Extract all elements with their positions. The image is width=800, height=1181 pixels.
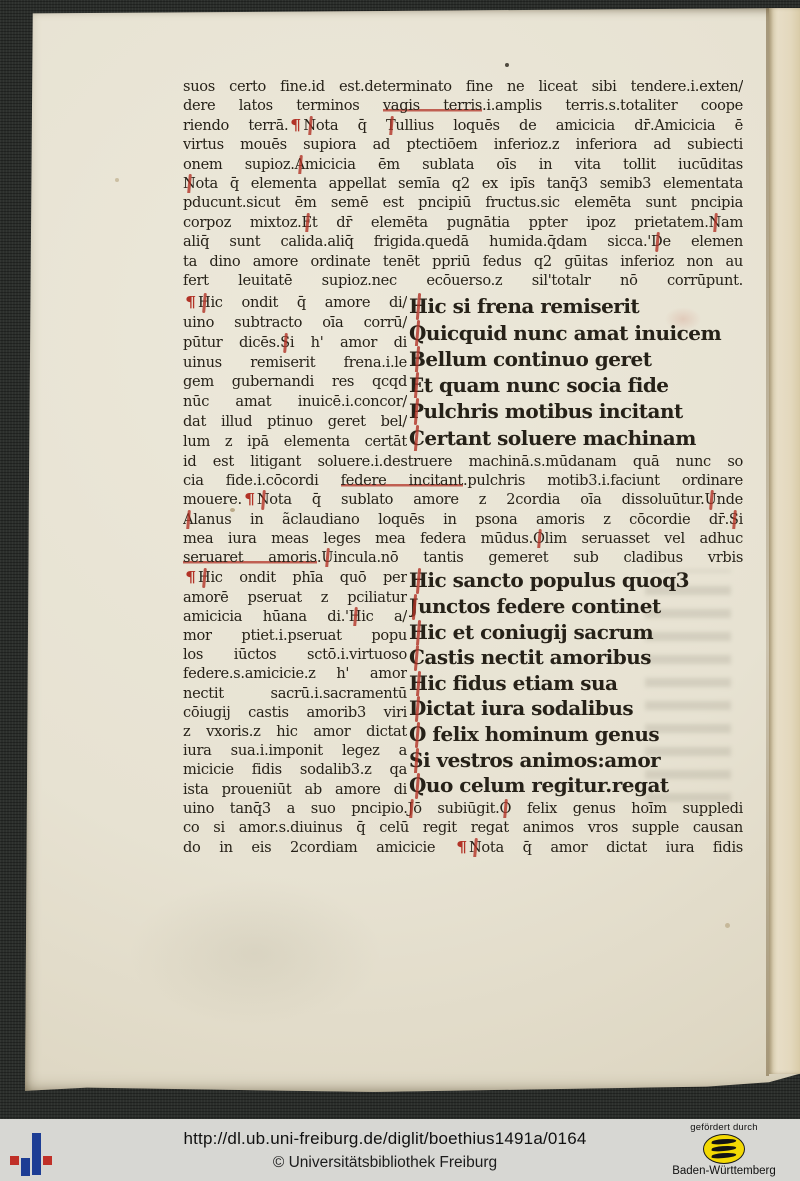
rubricated-initial: H	[409, 671, 427, 697]
document-url: http://dl.ub.uni-freiburg.de/diglit/boet…	[120, 1129, 650, 1149]
text-line: lum z ipā elementa certāt	[183, 432, 407, 452]
text-line: amicicia hūana di.'Hic a/	[183, 607, 407, 626]
text-line: Hic si frena remiserit	[409, 293, 743, 319]
foxing-spot	[115, 178, 119, 182]
text-line: virtus mouēs supiora ad ptectiōem inferi…	[183, 135, 743, 154]
text-line: nūc amat inuicē.i.concor/	[183, 392, 407, 412]
book-fore-edge	[769, 8, 800, 1074]
rubricated-initial: J	[409, 594, 418, 620]
rubricated-initial: U	[321, 548, 333, 567]
red-underline: federe incitant	[341, 472, 463, 489]
red-underline: seruaret amoris	[183, 549, 317, 566]
text-line: seruaret amoris.Uincula.nō tantis gemere…	[183, 548, 743, 567]
rubricated-initial: J	[408, 799, 414, 819]
text-line: micicie fidis sodalib3.z qa	[183, 760, 407, 779]
rubricated-initial: H	[409, 293, 427, 319]
verse-column: Hic si frena remiseritQuicquid nunc amat…	[407, 293, 743, 451]
text-line: corpoz mixtoz.Et dr̄ elemēta pugnātia pp…	[183, 213, 743, 232]
text-line: dat illud ptinuo geret bel/	[183, 412, 407, 432]
rubricated-initial: H	[349, 607, 361, 626]
rubricated-initial: H	[409, 568, 427, 594]
paper-shading	[75, 848, 435, 1058]
mixed-section-1: ¶Hic ondit q̄ amore di/uino subtracto oī…	[183, 293, 743, 451]
text-line: pducunt.sicut ēm semē est pncipiū fructu…	[183, 193, 743, 212]
caption-block: http://dl.ub.uni-freiburg.de/diglit/boet…	[120, 1119, 650, 1172]
rubricated-initial: D	[409, 696, 426, 722]
text-line: Hic et coniugij sacrum	[409, 620, 743, 646]
rubricated-initial: O	[533, 529, 545, 548]
text-line: riendo terrā.¶Nota q̄ Tullius loquēs de …	[183, 116, 743, 135]
rubricated-initial: N	[257, 490, 269, 509]
rubricated-initial: D	[651, 232, 662, 251]
text-line: Castis nectit amoribus	[409, 645, 743, 671]
rubricated-initial: H	[409, 620, 427, 646]
text-line: mor ptiet.i.pseruat popu	[183, 626, 407, 645]
logo-blue-bar	[21, 1158, 30, 1176]
logo-red-square	[43, 1156, 52, 1165]
verse-column: Hic sancto populus quoq3Junctos federe c…	[407, 568, 743, 798]
text-line: Quicquid nunc amat inuicem	[409, 320, 743, 346]
rubricated-initial: C	[409, 425, 424, 451]
text-line: Et quam nunc socia fide	[409, 372, 743, 398]
text-line: z vxoris.z hic amor dictat	[183, 722, 407, 741]
text-line: Si vestros animos:amor	[409, 748, 743, 774]
logo-blue-bar-tall	[32, 1133, 41, 1175]
text-line: fert leuitatē supioz.nec ecōuerso.z sil'…	[183, 271, 743, 290]
red-underline: vagis terris	[383, 97, 482, 114]
text-line: Alanus in ãclaudiano loquēs in psona amo…	[183, 510, 743, 529]
text-line: Bellum continuo geret	[409, 346, 743, 372]
rubricated-initial: N	[183, 174, 195, 193]
text-line: Hic sancto populus quoq3	[409, 568, 743, 594]
rubricated-initial: C	[409, 645, 424, 671]
rubricated-initial: H	[198, 568, 210, 587]
foxing-spot	[725, 923, 730, 928]
text-line: amorē pseruat z pciliatur	[183, 588, 407, 607]
text-line: id est litigant soluere.i.destruere mach…	[183, 452, 743, 471]
text-line: cia fide.i.cōcordi federe incitant.pulch…	[183, 471, 743, 490]
rubricated-initial: B	[409, 346, 425, 372]
lion-figure	[711, 1145, 737, 1151]
rubricated-initial: Q	[409, 773, 426, 799]
funder-label: gefördert durch	[662, 1122, 786, 1133]
text-line: uino tanq̄3 a suo pncipio.Jō subiūgit.O …	[183, 799, 743, 819]
baden-wuerttemberg-coat-of-arms-icon	[703, 1134, 745, 1164]
paper-speck	[505, 63, 509, 67]
text-line: uino subtracto oīa corrū/	[183, 313, 407, 333]
lion-figure	[711, 1152, 737, 1158]
commentary-section-2: id est litigant soluere.i.destruere mach…	[183, 452, 743, 568]
text-line: ¶Hic ondit phīa quō per	[183, 568, 407, 587]
text-line: Quo celum regitur.regat	[409, 773, 743, 799]
text-line: uinus remiserit frena.i.le	[183, 353, 407, 373]
rubricated-initial: O	[409, 722, 426, 748]
viewer-footer-bar: http://dl.ub.uni-freiburg.de/diglit/boet…	[0, 1119, 800, 1181]
text-line: Hic fidus etiam sua	[409, 671, 743, 697]
text-line: iura sua.i.imponit legez a	[183, 741, 407, 760]
commentary-column: ¶Hic ondit phīa quō peramorē pseruat z p…	[183, 568, 407, 798]
text-line: suos certo fine.id est.determinato fine …	[183, 77, 743, 96]
text-line: cōiugij castis amorib3 viri	[183, 703, 407, 722]
university-library-logo-icon	[10, 1131, 55, 1177]
mixed-section-2: ¶Hic ondit phīa quō peramorē pseruat z p…	[183, 568, 743, 798]
copyright-notice: © Universitätsbibliothek Freiburg	[120, 1154, 650, 1172]
rubricated-initial: E	[409, 372, 424, 398]
rubricated-initial: E	[301, 213, 311, 232]
printed-text-block: suos certo fine.id est.determinato fine …	[183, 77, 743, 857]
text-line: Junctos federe continet	[409, 594, 743, 620]
text-line: nectit sacrū.i.sacramentū	[183, 684, 407, 703]
funder-name: Baden-Württemberg	[662, 1165, 786, 1177]
text-line: onem supioz.Amicicia ēm sublata oīs in v…	[183, 155, 743, 174]
page-fold-crease	[766, 8, 769, 1076]
text-line: ista proueniūt ab amore di	[183, 780, 407, 799]
text-line: pūtur dicēs.Si h' amor di	[183, 333, 407, 353]
text-line: O felix hominum genus	[409, 722, 743, 748]
text-line: Pulchris motibus incitant	[409, 398, 743, 424]
text-line: ta dino amore ordinate tenēt ppriū fedus…	[183, 252, 743, 271]
text-line: Certant soluere machinam	[409, 425, 743, 451]
manuscript-page: suos certo fine.id est.determinato fine …	[25, 8, 800, 1092]
rubricated-initial: N	[469, 838, 481, 858]
rubricated-initial: T	[386, 116, 395, 135]
paraph-mark: ¶	[452, 838, 470, 858]
text-line: federe.s.amicicie.z h' amor	[183, 664, 407, 683]
text-line: gem gubernandi res qcqd	[183, 372, 407, 392]
text-line: mouere.¶Nota q̄ sublato amore z 2cordia …	[183, 490, 743, 509]
rubricated-initial: A	[295, 155, 305, 174]
logo-red-square	[10, 1156, 19, 1165]
text-line: mea iura meas leges mea federa mūdus.Oli…	[183, 529, 743, 548]
commentary-section-3: uino tanq̄3 a suo pncipio.Jō subiūgit.O …	[183, 799, 743, 858]
text-line: dere latos terminos vagis terris.i.ampli…	[183, 96, 743, 115]
text-line: ¶Hic ondit q̄ amore di/	[183, 293, 407, 313]
text-line: los iūctos sctō.i.virtuoso	[183, 645, 407, 664]
rubricated-initial: N	[709, 213, 721, 232]
rubricated-initial: S	[280, 333, 290, 353]
commentary-section-1: suos certo fine.id est.determinato fine …	[183, 77, 743, 290]
rubricated-initial: S	[409, 748, 423, 774]
rubricated-initial: N	[303, 116, 315, 135]
commentary-column: ¶Hic ondit q̄ amore di/uino subtracto oī…	[183, 293, 407, 451]
text-line: Nota q̄ elementa appellat semīa q2 ex ip…	[183, 174, 743, 193]
funder-block: gefördert durch Baden-Württemberg	[662, 1122, 786, 1177]
text-line: Dictat iura sodalibus	[409, 696, 743, 722]
lion-figure	[711, 1138, 737, 1144]
rubricated-initial: P	[409, 398, 424, 424]
rubricated-initial: O	[500, 799, 512, 819]
paraph-mark: ¶	[287, 116, 305, 135]
rubricated-initial: A	[183, 510, 193, 529]
rubricated-initial: S	[729, 510, 739, 529]
rubricated-initial: Q	[409, 320, 426, 346]
rubricated-initial: U	[705, 490, 717, 509]
paraph-mark: ¶	[240, 490, 258, 509]
text-line: co si amor.s.diuinus q̄ celū regit regat…	[183, 818, 743, 838]
text-line: do in eis 2cordiam amicicie ¶Nota q̄ amo…	[183, 838, 743, 858]
text-line: aliq̄ sunt calida.aliq̄ frigida.quedā hu…	[183, 232, 743, 251]
rubricated-initial: H	[198, 293, 210, 313]
